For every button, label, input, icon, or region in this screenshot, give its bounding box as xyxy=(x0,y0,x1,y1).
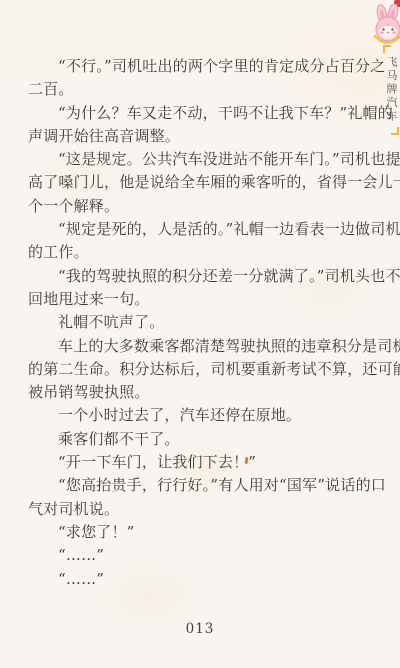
text-line: 回地甩过来一句。 xyxy=(28,288,378,311)
text-line: “……” xyxy=(28,568,378,591)
text-line: “不行。”司机吐出的两个字里的肯定成分占百分之 xyxy=(28,55,378,78)
text-line: “为什么？车又走不动，干吗不让我下车？”礼帽的 xyxy=(28,102,378,125)
text-line: 乘客们都不干了。 xyxy=(28,428,378,451)
text-line: 车上的大多数乘客都清楚驾驶执照的违章积分是司机 xyxy=(28,335,378,358)
text-line: “我的驾驶执照的积分还差一分就满了。”司机头也不 xyxy=(28,265,378,288)
body-text: “不行。”司机吐出的两个字里的肯定成分占百分之 二百。 “为什么？车又走不动，干… xyxy=(28,55,378,591)
text-line: 气对司机说。 xyxy=(28,498,378,521)
text-line: 高了嗓门儿，他是说给全车厢的乘客听的，省得一会儿一 xyxy=(28,171,378,194)
text-line: 二百。 xyxy=(28,78,378,101)
text-line: 的工作。 xyxy=(28,241,378,264)
close-bracket-icon xyxy=(391,127,399,135)
text-line: 一个小时过去了，汽车还停在原地。 xyxy=(28,404,378,427)
text-line: “规定是死的，人是活的。”礼帽一边看表一边做司机 xyxy=(28,218,378,241)
text-line: 被吊销驾驶执照。 xyxy=(28,381,378,404)
text-line: 的第二生命。积分达标后，司机要重新考试不算，还可能 xyxy=(28,358,378,381)
text-line: 礼帽不吭声了。 xyxy=(28,311,378,334)
text-line: “这是规定。公共汽车没进站不能开车门。”司机也提 xyxy=(28,148,378,171)
text-line: 个一个解释。 xyxy=(28,195,378,218)
open-bracket-icon xyxy=(383,45,391,53)
text-line: 声调开始往高音调整。 xyxy=(28,125,378,148)
text-line: “开一下车门，让我们下去！” xyxy=(28,451,378,474)
page-number: 013 xyxy=(0,621,400,637)
text-line: “您高抬贵手，行行好。”有人用对“国军”说话的口 xyxy=(28,474,378,497)
text-line: “求您了！” xyxy=(28,521,378,544)
text-line: “……” xyxy=(28,544,378,567)
